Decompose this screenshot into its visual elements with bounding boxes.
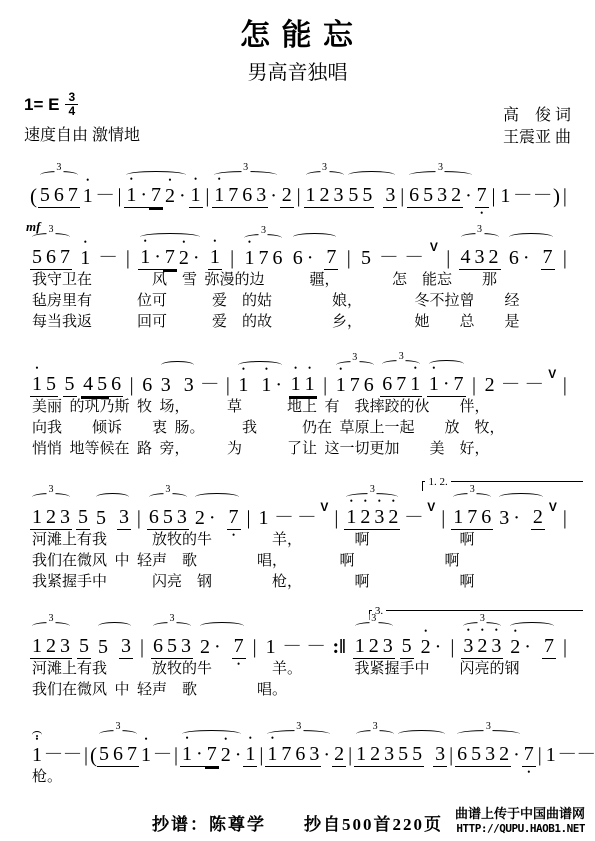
note: 5: [95, 373, 109, 397]
note: ·: [138, 184, 149, 208]
note: 3: [473, 246, 487, 270]
lyricist-credit: 高 俊 词: [503, 105, 571, 127]
music-system: 155456|63 3—|1 1·11|1766711·7|2——V|美丽 的巩…: [0, 367, 595, 460]
volta-label: 1. 2.: [425, 477, 450, 488]
note: 3: [175, 506, 189, 530]
barline: |: [224, 374, 232, 397]
note: 1: [30, 373, 44, 397]
note: 2: [198, 636, 212, 659]
slur-arc: [126, 171, 185, 179]
note-gap: [522, 507, 531, 530]
note: 7: [163, 246, 177, 270]
triplet-arc: [153, 622, 191, 630]
notation-line: 1——|(5671—|1·72·1|1763·2|12355 3|6532·7|…: [0, 737, 595, 767]
note: ·: [522, 636, 533, 659]
barline: |: [128, 374, 136, 397]
parenthesis: ): [553, 184, 560, 208]
site-watermark: 曲谱上传于中国曲谱网 HTTP://QUPU.HAOB1.NET: [455, 803, 585, 835]
triplet-arc: [149, 493, 187, 501]
note: 2: [219, 744, 233, 767]
note: ·: [268, 185, 279, 208]
note: 3: [381, 635, 395, 659]
triplet-arc: [40, 171, 78, 179]
barline: |: [561, 636, 569, 659]
notation-line: 1. 2.12355 3|6532· 7|1——V|1232—V|1763· 2…: [0, 500, 595, 530]
duration-dash: —: [405, 249, 424, 264]
note: 3: [489, 635, 503, 659]
slur-arc: [140, 233, 199, 241]
note: 7: [324, 246, 338, 270]
note-group: 1·72·: [138, 246, 201, 270]
note-group: 1232: [344, 506, 400, 530]
note: 1: [189, 184, 203, 208]
slur-arc: [499, 493, 543, 501]
note: 3: [382, 743, 396, 767]
note-group: 1: [78, 247, 92, 270]
note-group: 2· 7: [508, 635, 556, 659]
repeat-barline: :‖: [331, 636, 348, 659]
note: 3: [182, 374, 196, 397]
note: 3: [497, 507, 511, 530]
note: 6: [407, 184, 421, 208]
note: 5: [63, 373, 77, 397]
note-group: 567: [38, 184, 80, 208]
note-group: 1: [498, 185, 512, 208]
note: 1: [30, 635, 44, 659]
note-group: 6532·: [455, 743, 522, 767]
note-group: 671: [380, 373, 422, 397]
note-gap: [315, 247, 324, 270]
note: 7: [522, 743, 536, 767]
key-label: 1= E: [24, 95, 59, 115]
note: 6: [362, 374, 376, 397]
barline: |: [561, 247, 569, 270]
note-group: 1: [243, 743, 257, 767]
watermark-site-url: HTTP://QUPU.HAOB1.NET: [455, 822, 585, 835]
note: 3: [461, 635, 475, 659]
note: 1: [81, 185, 95, 208]
note: 1: [354, 743, 368, 767]
barline: |: [82, 744, 90, 767]
note: 5: [161, 506, 175, 530]
note: 5: [94, 507, 108, 530]
note: 3: [433, 743, 447, 767]
note: ·: [233, 744, 244, 767]
note: 1: [180, 743, 194, 767]
note: 5: [410, 743, 424, 767]
duration-dash: —: [307, 638, 326, 653]
lyrics-row: 我守卫在 风 雪 弥漫的边 疆， 怎 能忘 那: [0, 270, 595, 291]
note: ·: [433, 636, 444, 659]
note-group: 1: [81, 185, 95, 208]
barline: |: [398, 185, 406, 208]
lyrics-row: 枪。: [0, 767, 595, 788]
barline: |: [448, 636, 456, 659]
note-gap: [218, 507, 227, 530]
note: 1: [124, 184, 138, 208]
duration-dash: —: [525, 376, 544, 391]
lyrics-row: 河滩上有我 放牧的牛 羊， 啊 啊: [0, 530, 595, 551]
note-group: 55 3: [396, 743, 447, 767]
note: 7: [394, 373, 408, 397]
note: ·: [511, 744, 522, 767]
note: 1: [236, 374, 250, 397]
note: 3: [435, 184, 449, 208]
barline: |: [332, 507, 340, 530]
duration-dash: —: [558, 746, 577, 761]
note-group: 5: [76, 506, 90, 530]
note: 5: [400, 635, 414, 659]
note: 1: [344, 506, 358, 530]
note: 5: [359, 247, 373, 270]
note-group: 15: [30, 373, 58, 397]
song-subtitle: 男高音独唱: [0, 56, 595, 85]
slur-arc: [98, 622, 131, 630]
note-group: 567: [97, 743, 139, 767]
note: 6: [111, 743, 125, 767]
note: 3: [58, 635, 72, 659]
note: 7: [232, 635, 246, 659]
note: 2: [193, 507, 207, 530]
note: 7: [66, 184, 80, 208]
note: 2: [177, 247, 191, 270]
note-group: 1: [189, 184, 203, 208]
barline: |: [444, 247, 452, 270]
note: 6: [291, 247, 305, 270]
note: 5: [96, 636, 110, 659]
triplet-arc: [214, 171, 277, 179]
triplet-arc: [461, 233, 499, 241]
slur-arc: [348, 171, 395, 179]
note: 4: [459, 246, 473, 270]
duration-dash: —: [513, 187, 532, 202]
breath-mark: V: [320, 500, 328, 514]
note: 1: [243, 743, 257, 767]
note: 2: [44, 635, 58, 659]
note: 6: [151, 635, 165, 659]
note: 2: [449, 184, 463, 208]
note-group: 2· 7: [193, 506, 241, 530]
barline: |: [345, 247, 353, 270]
note: 6: [380, 373, 394, 397]
note-group: 2: [483, 374, 497, 397]
note-group: 123: [304, 184, 346, 208]
note: 1: [138, 246, 152, 270]
note: 6: [140, 374, 154, 397]
note: ·: [441, 373, 452, 397]
barline: |: [321, 374, 329, 397]
note-gap: [110, 636, 119, 659]
note: 2: [367, 635, 381, 659]
note: 4: [81, 373, 95, 397]
note: 2: [497, 743, 511, 767]
note-group: 5: [63, 373, 77, 397]
note: ·: [207, 507, 218, 530]
note: 3: [254, 184, 268, 208]
duration-dash: —: [533, 187, 552, 202]
triplet-arc: [346, 493, 398, 501]
note: ·: [305, 247, 316, 270]
note-group: 7: [475, 184, 489, 208]
note: 1: [264, 636, 278, 659]
note-group: 176: [242, 247, 284, 270]
note-group: 1: [256, 507, 270, 530]
barline: |: [251, 636, 259, 659]
note: 6: [147, 506, 161, 530]
note-group: 2·: [419, 636, 444, 659]
barline: |: [203, 185, 211, 208]
credits-block: 高 俊 词 王震亚 曲: [503, 91, 571, 150]
note: 5: [396, 743, 410, 767]
breath-mark: V: [430, 240, 438, 254]
triplet-arc: [32, 493, 70, 501]
duration-dash: —: [153, 746, 172, 761]
note-group: 6532·: [407, 184, 474, 208]
note: 1: [30, 506, 44, 530]
duration-dash: —: [274, 509, 293, 524]
note: 7: [348, 374, 362, 397]
note: 7: [205, 743, 219, 767]
note: 2: [318, 184, 332, 208]
note-gap: [223, 636, 232, 659]
note-group: 2: [280, 184, 294, 208]
note-gap: [374, 185, 383, 208]
tempo-marking: 速度自由 激情地: [24, 122, 140, 145]
lyrics-row: 河滩上有我 放牧的牛 羊。 我紧握手中 闪亮的钢: [0, 659, 595, 680]
note: 1: [265, 743, 279, 767]
note-group: 2: [332, 743, 346, 767]
slur-arc: [509, 233, 553, 241]
note-group: 5 3: [94, 506, 131, 530]
note-group: 323: [461, 635, 503, 659]
volta-bracket: 3.: [369, 610, 583, 620]
note-group: 5: [77, 635, 91, 659]
note: 2: [419, 636, 433, 659]
music-system: 1——|(5671—|1·72·1|1763·2|12355 3|6532·7|…: [0, 737, 595, 788]
duration-dash: —: [283, 638, 302, 653]
music-systems: (5671—|1·72·1|1763·2|12355 3|6532·7|1——)…: [0, 178, 595, 788]
duration-dash: —: [99, 249, 118, 264]
duration-dash: —: [44, 746, 63, 761]
note: 7: [452, 373, 466, 397]
key-signature: 1= E 3 4: [24, 91, 140, 118]
note: 3: [117, 506, 131, 530]
note-group: 653: [151, 635, 193, 659]
note: 1: [208, 246, 222, 270]
lyrics-row: 悄悄 地等候在 路 旁， 为 了让 这一切更加 美 好，: [0, 439, 595, 460]
song-title: 怎 能 忘: [0, 0, 595, 54]
note: 7: [256, 247, 270, 270]
note: ·: [212, 636, 223, 659]
triplet-arc: [356, 730, 394, 738]
note: 2: [475, 635, 489, 659]
note: 2: [508, 636, 522, 659]
note: 5: [38, 184, 52, 208]
slur-arc: [200, 622, 244, 630]
music-system: (5671—|1·72·1|1763·2|12355 3|6532·7|1——)…: [0, 178, 595, 208]
music-system: 1. 2.12355 3|6532· 7|1——V|1232—V|1763· 2…: [0, 500, 595, 593]
note: 6: [109, 373, 123, 397]
note: 2: [163, 185, 177, 208]
notation-line: mf5671—|1·72·1|1766· 7|5——V|4326· 7|: [0, 240, 595, 270]
note-gap: [532, 247, 541, 270]
volta-bracket: 1. 2.: [422, 481, 583, 491]
note-group: 5: [359, 247, 373, 270]
note: 1: [139, 744, 153, 767]
slur-arc: [161, 361, 194, 369]
note-gap: [533, 636, 542, 659]
note-group: 55 3: [346, 184, 397, 208]
breath-mark: V: [548, 367, 556, 381]
breath-mark: V: [549, 500, 557, 514]
note: 3: [383, 184, 397, 208]
note-group: 1: [30, 744, 44, 767]
barline: |: [470, 374, 478, 397]
lyrics-row: 向我 倾诉 衷 肠。 我 仍在 草原上一起 放 牧，: [0, 418, 595, 439]
note: 1: [303, 373, 317, 397]
note: 6: [455, 743, 469, 767]
note: 5: [44, 373, 58, 397]
duration-dash: —: [404, 509, 423, 524]
music-system: mf5671—|1·72·1|1766· 7|5——V|4326· 7|我守卫在…: [0, 240, 595, 333]
note-group: 123: [30, 635, 72, 659]
notation-line: 3.12355 3|6532· 7|1——:‖12352·|3232· 7|: [0, 629, 595, 659]
note: 7: [227, 506, 241, 530]
barline: |: [245, 507, 253, 530]
dynamic-marking: mf: [26, 219, 40, 235]
note-group: 2· 7: [198, 635, 246, 659]
note: 1: [242, 247, 256, 270]
note-group: 1763·: [212, 184, 279, 208]
note: 1: [408, 373, 422, 397]
note: 1: [498, 185, 512, 208]
note: ·: [194, 743, 205, 767]
note: 1: [78, 247, 92, 270]
note-group: 1 1·: [236, 374, 284, 397]
note: 1: [334, 374, 348, 397]
note-group: 1763·: [265, 743, 332, 767]
note: 5: [360, 184, 374, 208]
note: 3: [483, 743, 497, 767]
barline: |: [115, 185, 123, 208]
lyrics-row: 我们在微风 中 轻声 歌 唱。: [0, 680, 595, 701]
note: 5: [346, 184, 360, 208]
note-group: 123: [354, 743, 396, 767]
breath-mark: V: [427, 500, 435, 514]
barline: |: [295, 185, 303, 208]
note: 6: [52, 184, 66, 208]
barline: |: [346, 744, 354, 767]
barline: |: [490, 185, 498, 208]
note: 1: [256, 507, 270, 530]
note: 2: [386, 506, 400, 530]
lyrics-row: 每当我返 回可 爱 的故 乡， 她 总 是: [0, 312, 595, 333]
note: ·: [152, 246, 163, 270]
note: 5: [469, 743, 483, 767]
note: 7: [541, 246, 555, 270]
note-group: 11: [289, 373, 317, 397]
watermark-site-name: 曲谱上传于中国曲谱网: [455, 803, 585, 822]
lyrics-row: 美丽 的巩乃斯 牧 场， 草 地上 有 我摔跤的伙 伴，: [0, 397, 595, 418]
note-group: 5: [400, 635, 414, 659]
note: 7: [475, 184, 489, 208]
barline: |: [536, 744, 544, 767]
note: 2: [487, 246, 501, 270]
duration-dash: —: [96, 187, 115, 202]
note: 6: [479, 506, 493, 530]
note: 7: [465, 506, 479, 530]
note: 7: [226, 184, 240, 208]
barline: |: [561, 507, 569, 530]
note: 5: [76, 506, 90, 530]
note: 7: [125, 743, 139, 767]
note: 2: [483, 374, 497, 397]
note: 3: [372, 506, 386, 530]
duration-dash: —: [379, 249, 398, 264]
time-signature-denominator: 4: [68, 105, 75, 118]
note: 3: [119, 635, 133, 659]
note-group: 432: [459, 246, 501, 270]
note-group: 1: [139, 744, 153, 767]
note: 1: [353, 635, 367, 659]
lyrics-row: 我们在微风 中 轻声 歌 唱， 啊 啊: [0, 551, 595, 572]
lyrics-row: 我紧握手中 闪亮 钢 枪， 啊 啊: [0, 572, 595, 593]
note-group: 176: [451, 506, 493, 530]
music-system: 3.12355 3|6532· 7|1——:‖12352·|3232· 7|河滩…: [0, 629, 595, 701]
duration-dash: —: [577, 746, 595, 761]
slur-arc: [195, 493, 239, 501]
note-group: 1: [208, 246, 222, 270]
note-gap: [173, 374, 182, 397]
barline: |: [172, 744, 180, 767]
duration-dash: —: [501, 376, 520, 391]
note: ·: [191, 247, 202, 270]
slur-arc: [182, 730, 241, 738]
note: 5: [421, 184, 435, 208]
barline: |: [124, 247, 132, 270]
note-group: 176: [334, 374, 376, 397]
note: 1: [544, 744, 558, 767]
note: ·: [321, 744, 332, 767]
note: 2: [44, 506, 58, 530]
slur-arc: [398, 730, 445, 738]
triplet-arc: [453, 493, 491, 501]
note-group: 1: [544, 744, 558, 767]
note: 3: [179, 635, 193, 659]
note: 2: [332, 743, 346, 767]
sheet-music-page: 怎 能 忘 男高音独唱 1= E 3 4 速度自由 激情地 高 俊 词 王震亚 …: [0, 0, 595, 841]
note-group: 123: [30, 506, 72, 530]
note: 1: [289, 373, 303, 397]
note: 7: [149, 184, 163, 208]
parenthesis: (: [90, 743, 97, 767]
triplet-arc: [409, 171, 472, 179]
meta-row: 1= E 3 4 速度自由 激情地 高 俊 词 王震亚 曲: [0, 85, 595, 150]
note: ·: [273, 374, 284, 397]
note-group: mf567: [30, 246, 72, 270]
barline: |: [138, 636, 146, 659]
note: 3: [58, 506, 72, 530]
note: ·: [463, 185, 474, 208]
slur-arc: [293, 233, 337, 241]
barline: |: [561, 374, 569, 397]
note: 1: [451, 506, 465, 530]
barline: |: [447, 744, 455, 767]
note-group: 456: [81, 373, 123, 397]
barline: |: [257, 744, 265, 767]
note-group: 1·7: [427, 373, 466, 397]
note-group: 1·72·: [180, 743, 243, 767]
